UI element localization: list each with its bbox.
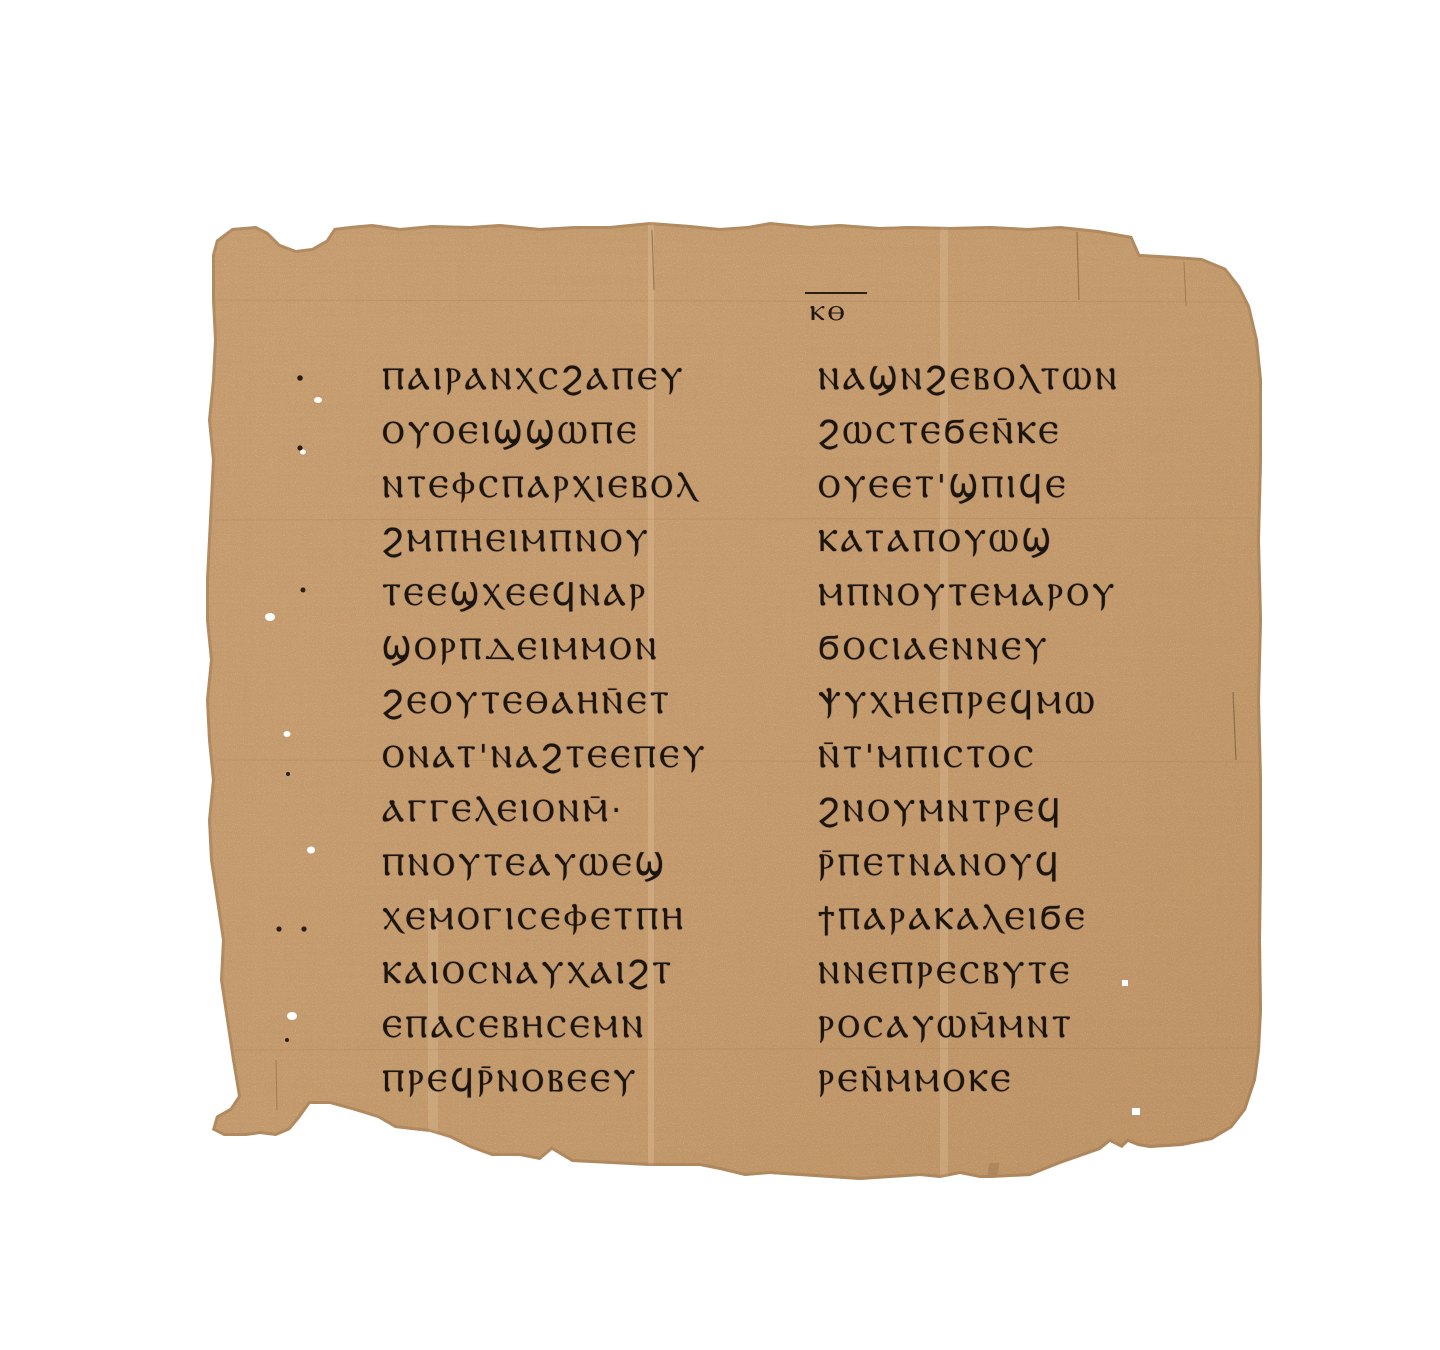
text-line: ϨⲚⲞⲨⲘⲚⲦⲢⲈϤ — [818, 784, 1218, 838]
text-line: ϢⲞⲢⲠⲆⲈⲒⲘⲘⲞⲚ — [382, 622, 822, 676]
text-line: Ⲣ̄ⲠⲈⲦⲚⲀⲚⲞⲨϤ — [818, 838, 1218, 892]
text-line: ⲠⲀⲒⲢⲀⲚⲬⲤϨⲀⲠⲈⲨ — [382, 352, 822, 406]
image-canvas: ⲕⲑ ⲠⲀⲒⲢⲀⲚⲬⲤϨⲀⲠⲈⲨ ⲞⲨⲞⲈⲒϢϢⲰⲠⲈ ⲚⲦⲈⲪⲤⲠⲀⲢⲬⲒⲈⲂ… — [0, 0, 1440, 1350]
text-column-left: ⲠⲀⲒⲢⲀⲚⲬⲤϨⲀⲠⲈⲨ ⲞⲨⲞⲈⲒϢϢⲰⲠⲈ ⲚⲦⲈⲪⲤⲠⲀⲢⲬⲒⲈⲂⲞⲖ … — [382, 352, 822, 1108]
text-line: ⲢⲈⲚ̄ⲘⲘⲞⲔⲈ — [818, 1054, 1218, 1108]
text-line: ⲬⲈⲘⲞⲄⲒⲤⲈⲪⲈⲦⲠⲎ — [382, 892, 822, 946]
text-line: ⲘⲠⲚⲞⲨⲦⲈⲘⲀⲢⲞⲨ — [818, 568, 1218, 622]
text-line: ⲀⲄⲄⲈⲖⲈⲒⲞⲚⲘ̄· — [382, 784, 822, 838]
text-line: ⲚⲚⲈⲠⲢⲈⲤⲂⲨⲦⲈ — [818, 946, 1218, 1000]
manuscript-text: ⲕⲑ ⲠⲀⲒⲢⲀⲚⲬⲤϨⲀⲠⲈⲨ ⲞⲨⲞⲈⲒϢϢⲰⲠⲈ ⲚⲦⲈⲪⲤⲠⲀⲢⲬⲒⲈⲂ… — [0, 0, 1440, 1350]
page-number: ⲕⲑ — [810, 293, 847, 328]
text-line: ⲠⲢⲈϤⲢ̄ⲚⲞⲂⲈⲈⲨ — [382, 1054, 822, 1108]
text-line: Ⲛ̄Ⲧ'ⲘⲠⲒⲤⲦⲞⲤ — [818, 730, 1218, 784]
text-line: ϨⲰⲤⲦⲈϬⲈⲚ̄ⲔⲈ — [818, 406, 1218, 460]
text-line: ⲚⲀϢⲚϨⲈⲂⲞⲖⲦⲰⲚ — [818, 352, 1218, 406]
text-line: ϬⲞⲤⲒⲀⲈⲚⲚⲈⲨ — [818, 622, 1218, 676]
text-line: ⲮⲨⲬⲎⲈⲠⲢⲈϤⲘⲰ — [818, 676, 1218, 730]
text-line: ⲔⲀⲦⲀⲠⲞⲨⲰϢ — [818, 514, 1218, 568]
text-line: ϯⲠⲀⲢⲀⲔⲀⲖⲈⲒϬⲈ — [818, 892, 1218, 946]
text-line: ⲢⲞⲤⲀⲨⲰⲘ̄ⲘⲚⲦ — [818, 1000, 1218, 1054]
text-line: ⲚⲦⲈⲪⲤⲠⲀⲢⲬⲒⲈⲂⲞⲖ — [382, 460, 822, 514]
text-line: ϨⲘⲠⲎⲈⲒⲘⲠⲚⲞⲨ — [382, 514, 822, 568]
text-line: ⲈⲠⲀⲤⲈⲂⲎⲤⲈⲘⲚ — [382, 1000, 822, 1054]
text-line: ⲞⲨⲞⲈⲒϢϢⲰⲠⲈ — [382, 406, 822, 460]
text-line: ϨⲈⲞⲨⲦⲈⲐⲀⲎⲚ̄ⲈⲦ — [382, 676, 822, 730]
text-line: ⲔⲀⲒⲞⲤⲚⲀⲨⲬⲀⲒϨⲦ — [382, 946, 822, 1000]
text-line: ⲠⲚⲞⲨⲦⲈⲀⲨⲰⲈϢ — [382, 838, 822, 892]
text-column-right: ⲚⲀϢⲚϨⲈⲂⲞⲖⲦⲰⲚ ϨⲰⲤⲦⲈϬⲈⲚ̄ⲔⲈ ⲞⲨⲈⲈⲦ'ϢⲠⲒϤⲈ ⲔⲀⲦ… — [818, 352, 1218, 1108]
text-line: ⲞⲚⲀⲦ'ⲚⲀϨⲦⲈⲈⲠⲈⲨ — [382, 730, 822, 784]
text-line: ⲞⲨⲈⲈⲦ'ϢⲠⲒϤⲈ — [818, 460, 1218, 514]
text-line: ⲦⲈⲈϢⲬⲈⲈϤⲚⲀⲢ — [382, 568, 822, 622]
